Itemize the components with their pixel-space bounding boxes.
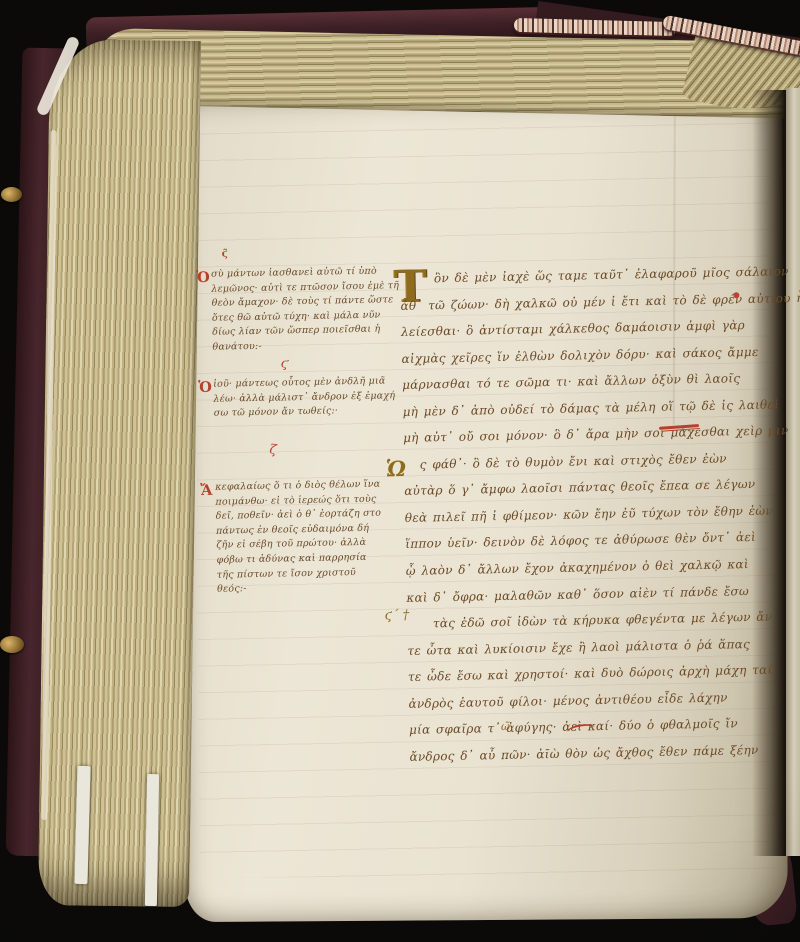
bookmark-tab [145,774,159,906]
clasp-pin-bottom-icon [0,636,24,653]
facing-page-edge [786,88,800,856]
leaf-stack-fore-edge [38,39,201,907]
gutter-shadow [752,90,788,856]
manuscript-photo: ϛ̃ Ὁ σὺ μάντων ἰασθανεὶ αὐτῶ τί ὑπὸλεμῶν… [0,0,800,942]
manuscript-page [180,88,788,922]
ruling-lines [194,104,775,878]
clasp-pin-top-icon [1,187,22,202]
